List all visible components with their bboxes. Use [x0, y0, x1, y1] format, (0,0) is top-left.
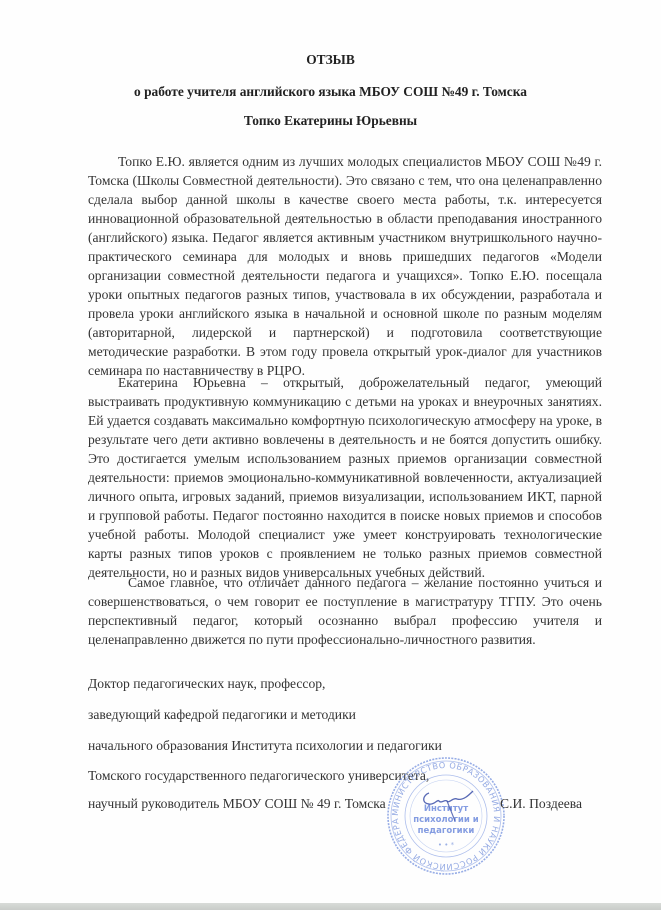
svg-text:психологии и: психологии и [413, 815, 479, 825]
signature-line: Томского государственного педагогическог… [88, 768, 429, 784]
official-stamp: МИНИСТЕРСТВО ОБРАЗОВАНИЯ И НАУКИ РОССИЙС… [385, 755, 507, 877]
paragraph-1-block: Топко Е.Ю. является одним из лучших моло… [88, 152, 602, 380]
paragraph-3-block: Самое главное, что отличает данного педа… [88, 573, 602, 649]
svg-text:• • *: • • * [438, 841, 455, 849]
paragraph: Екатерина Юрьевна – открытый, доброжелат… [88, 373, 602, 582]
paragraph: Самое главное, что отличает данного педа… [88, 573, 602, 649]
scan-edge [0, 903, 661, 910]
paragraph: Топко Е.Ю. является одним из лучших моло… [88, 152, 602, 380]
signature-line: заведующий кафедрой педагогики и методик… [88, 707, 356, 723]
svg-text:Институт: Институт [424, 804, 468, 814]
signature-line: начального образования Института психоло… [88, 738, 442, 754]
signature-line: Доктор педагогических наук, профессор, [88, 676, 325, 692]
svg-text:педагогики: педагогики [418, 826, 475, 836]
signer-name: С.И. Поздеева [500, 796, 582, 812]
signature-line: научный руководитель МБОУ СОШ № 49 г. То… [88, 796, 386, 812]
document-subtitle: о работе учителя английского языка МБОУ … [0, 84, 661, 100]
paragraph-2-block: Екатерина Юрьевна – открытый, доброжелат… [88, 373, 602, 582]
handwritten-signature-icon [424, 791, 473, 804]
subject-name: Топко Екатерины Юрьевны [0, 113, 661, 129]
document-title: ОТЗЫВ [0, 52, 661, 68]
document-page: ОТЗЫВ о работе учителя английского языка… [0, 0, 661, 905]
stamp-seal-icon: МИНИСТЕРСТВО ОБРАЗОВАНИЯ И НАУКИ РОССИЙС… [385, 755, 507, 877]
